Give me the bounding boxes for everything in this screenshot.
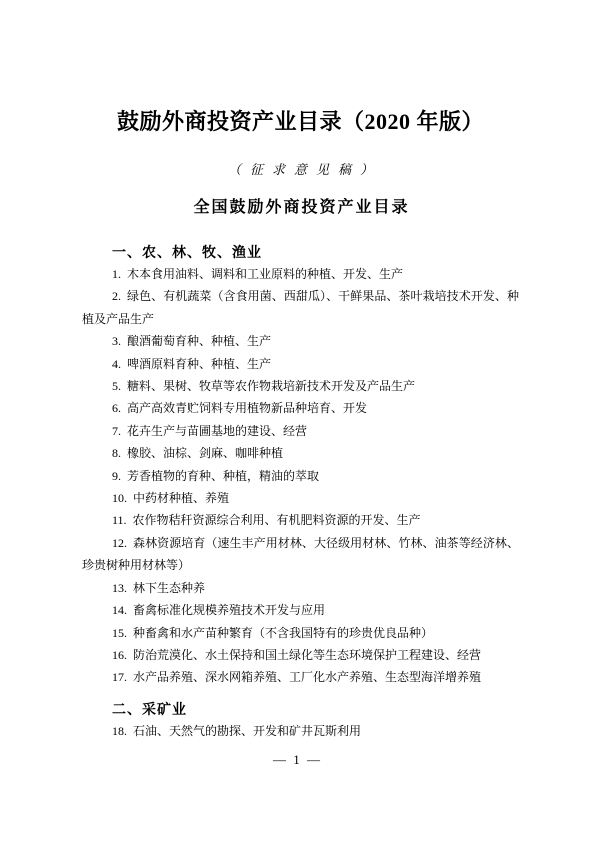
catalog-item: 1. 木本食用油料、调料和工业原料的种植、开发、生产 [82, 263, 519, 285]
draft-note: （征求意见稿） [82, 161, 519, 179]
catalog-item: 18. 石油、天然气的勘探、开发和矿井瓦斯利用 [82, 720, 519, 742]
catalog-item: 6. 高产高效青贮饲料专用植物新品种培育、开发 [82, 397, 519, 419]
catalog-item: 11. 农作物秸秆资源综合利用、有机肥料资源的开发、生产 [82, 509, 519, 531]
catalog-item: 5. 糖料、果树、牧草等农作物栽培新技术开发及产品生产 [82, 375, 519, 397]
section-agriculture: 一、农、林、牧、渔业 1. 木本食用油料、调料和工业原料的种植、开发、生产 2.… [82, 241, 519, 689]
catalog-item: 15. 种畜禽和水产苗种繁育（不含我国特有的珍贵优良品种） [82, 622, 519, 644]
catalog-item: 3. 酿酒葡萄育种、种植、生产 [82, 330, 519, 352]
page-number: — 1 — [0, 752, 595, 768]
catalog-item: 13. 林下生态种养 [82, 577, 519, 599]
section-heading: 一、农、林、牧、渔业 [82, 241, 519, 263]
catalog-item: 8. 橡胶、油棕、剑麻、咖啡种植 [82, 442, 519, 464]
catalog-item: 9. 芳香植物的育种、种植，精油的萃取 [82, 465, 519, 487]
catalog-item: 12. 森林资源培育（速生丰产用材林、大径级用材林、竹林、油茶等经济林、珍贵树种… [82, 532, 519, 577]
document-title: 鼓励外商投资产业目录（2020 年版） [82, 109, 519, 135]
section-mining: 二、采矿业 18. 石油、天然气的勘探、开发和矿井瓦斯利用 [82, 698, 519, 742]
catalog-item: 16. 防治荒漠化、水土保持和国土绿化等生态环境保护工程建设、经营 [82, 644, 519, 666]
catalog-item: 17. 水产品养殖、深水网箱养殖、工厂化水产养殖、生态型海洋增养殖 [82, 666, 519, 688]
document-page: 鼓励外商投资产业目录（2020 年版） （征求意见稿） 全国鼓励外商投资产业目录… [0, 0, 595, 842]
catalog-item: 2. 绿色、有机蔬菜（含食用菌、西甜瓜）、干鲜果品、茶叶栽培技术开发、种植及产品… [82, 285, 519, 330]
catalog-item: 7. 花卉生产与苗圃基地的建设、经营 [82, 420, 519, 442]
catalog-title: 全国鼓励外商投资产业目录 [82, 198, 519, 218]
section-heading: 二、采矿业 [82, 698, 519, 720]
catalog-item: 14. 畜禽标准化规模养殖技术开发与应用 [82, 599, 519, 621]
catalog-item: 4. 啤酒原料育种、种植、生产 [82, 353, 519, 375]
catalog-item: 10. 中药材种植、养殖 [82, 487, 519, 509]
